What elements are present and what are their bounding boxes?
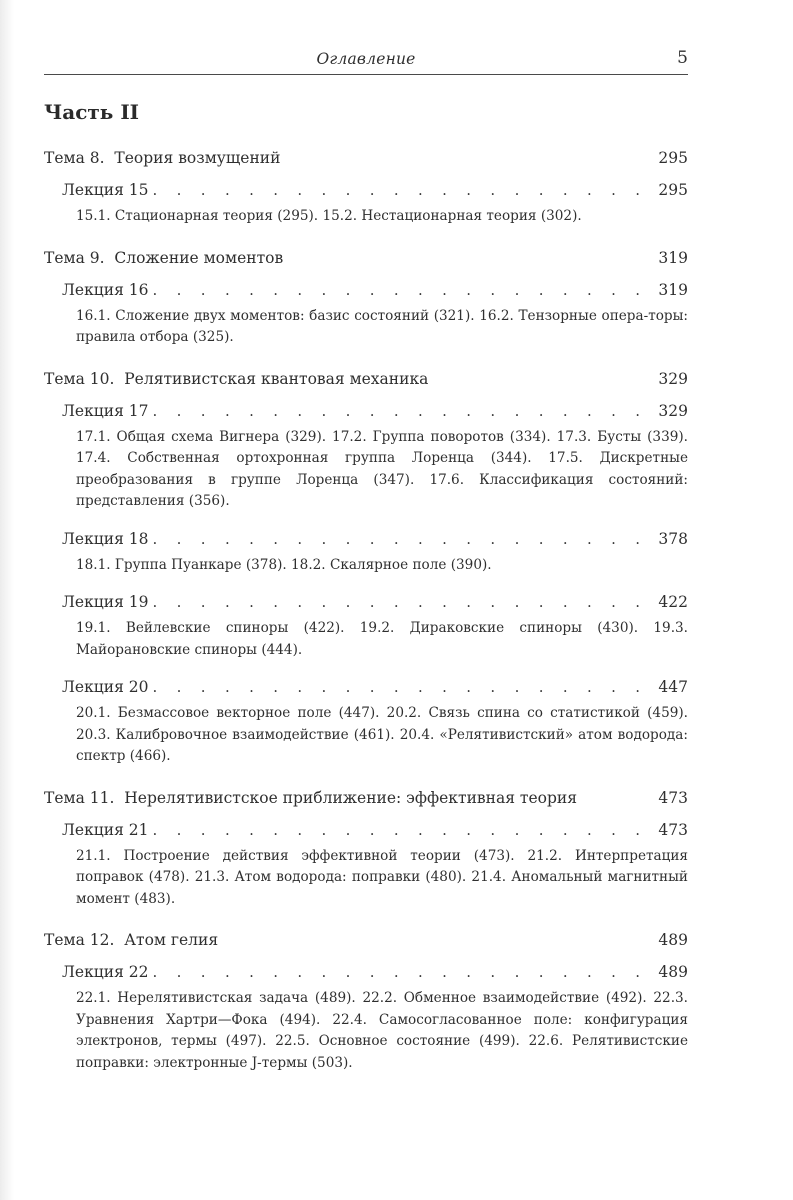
dot-leader	[153, 176, 658, 204]
lecture-page: 329	[658, 397, 688, 425]
topic-label: Тема 11.	[44, 784, 114, 812]
topic-title: Атом гелия	[124, 926, 658, 954]
topic-heading[interactable]: Тема 10. Релятивистская квантовая механи…	[44, 365, 688, 393]
running-header: Оглавление 5	[44, 46, 688, 75]
toc-lecture: Лекция 15 295 15.1. Стационарная теория …	[62, 176, 688, 228]
toc-lecture: Лекция 22 489 22.1. Нерелятивистская зад…	[62, 958, 688, 1074]
topic-label: Тема 12.	[44, 926, 114, 954]
dot-leader	[153, 816, 658, 844]
lecture-sections: 21.1. Построение действия эффективной те…	[76, 844, 688, 911]
topic-label: Тема 8.	[44, 144, 105, 172]
dot-leader	[153, 276, 658, 304]
topic-heading[interactable]: Тема 9. Сложение моментов 319	[44, 244, 688, 272]
lecture-sections: 17.1. Общая схема Вигнера (329). 17.2. Г…	[76, 425, 688, 513]
lecture-sections: 18.1. Группа Пуанкаре (378). 18.2. Скаля…	[76, 553, 688, 577]
dot-leader	[153, 673, 658, 701]
page-number: 5	[677, 48, 688, 68]
part-title: Часть II	[44, 100, 139, 124]
lecture-heading[interactable]: Лекция 20 447	[62, 673, 688, 701]
dot-leader	[153, 588, 658, 616]
toc-lecture: Лекция 20 447 20.1. Безмассовое векторно…	[62, 673, 688, 768]
toc-topic: Тема 11. Нерелятивистское приближение: э…	[44, 784, 688, 911]
dot-leader	[153, 525, 658, 553]
toc-lecture: Лекция 17 329 17.1. Общая схема Вигнера …	[62, 397, 688, 513]
lecture-name: Лекция 21	[62, 816, 153, 844]
lecture-page: 319	[658, 276, 688, 304]
topic-heading[interactable]: Тема 8. Теория возмущений 295	[44, 144, 688, 172]
lecture-name: Лекция 19	[62, 588, 153, 616]
topic-title: Теория возмущений	[114, 144, 658, 172]
topic-page: 295	[658, 144, 688, 172]
lecture-heading[interactable]: Лекция 22 489	[62, 958, 688, 986]
lecture-heading[interactable]: Лекция 17 329	[62, 397, 688, 425]
lecture-sections: 22.1. Нерелятивистская задача (489). 22.…	[76, 986, 688, 1074]
topic-label: Тема 10.	[44, 365, 114, 393]
topic-heading[interactable]: Тема 11. Нерелятивистское приближение: э…	[44, 784, 688, 812]
lecture-sections: 15.1. Стационарная теория (295). 15.2. Н…	[76, 204, 688, 228]
lecture-name: Лекция 16	[62, 276, 153, 304]
lecture-name: Лекция 18	[62, 525, 153, 553]
lecture-name: Лекция 15	[62, 176, 153, 204]
topic-title: Сложение моментов	[114, 244, 658, 272]
lecture-heading[interactable]: Лекция 18 378	[62, 525, 688, 553]
topic-title: Нерелятивистское приближение: эффективна…	[124, 784, 658, 812]
lecture-name: Лекция 22	[62, 958, 153, 986]
lecture-name: Лекция 17	[62, 397, 153, 425]
toc-lecture: Лекция 21 473 21.1. Построение действия …	[62, 816, 688, 911]
lecture-page: 422	[658, 588, 688, 616]
topic-page: 319	[658, 244, 688, 272]
lecture-heading[interactable]: Лекция 21 473	[62, 816, 688, 844]
dot-leader	[153, 958, 658, 986]
lecture-page: 295	[658, 176, 688, 204]
topic-page: 329	[658, 365, 688, 393]
toc-lecture: Лекция 16 319 16.1. Сложение двух момент…	[62, 276, 688, 349]
table-of-contents: Тема 8. Теория возмущений 295 Лекция 15 …	[44, 144, 688, 1090]
lecture-sections: 19.1. Вейлевские спиноры (422). 19.2. Ди…	[76, 616, 688, 661]
lecture-page: 447	[658, 673, 688, 701]
lecture-page: 489	[658, 958, 688, 986]
toc-topic: Тема 12. Атом гелия 489 Лекция 22 489 22…	[44, 926, 688, 1074]
page-edge-shadow	[0, 0, 14, 1200]
dot-leader	[153, 397, 658, 425]
toc-lecture: Лекция 18 378 18.1. Группа Пуанкаре (378…	[62, 525, 688, 577]
lecture-sections: 20.1. Безмассовое векторное поле (447). …	[76, 701, 688, 768]
toc-topic: Тема 9. Сложение моментов 319 Лекция 16 …	[44, 244, 688, 349]
lecture-page: 378	[658, 525, 688, 553]
running-title: Оглавление	[44, 50, 688, 68]
lecture-page: 473	[658, 816, 688, 844]
topic-title: Релятивистская квантовая механика	[124, 365, 658, 393]
toc-topic: Тема 8. Теория возмущений 295 Лекция 15 …	[44, 144, 688, 228]
topic-page: 473	[658, 784, 688, 812]
lecture-heading[interactable]: Лекция 16 319	[62, 276, 688, 304]
topic-label: Тема 9.	[44, 244, 105, 272]
lecture-heading[interactable]: Лекция 15 295	[62, 176, 688, 204]
lecture-heading[interactable]: Лекция 19 422	[62, 588, 688, 616]
lecture-name: Лекция 20	[62, 673, 153, 701]
lecture-sections: 16.1. Сложение двух моментов: базис сост…	[76, 304, 688, 349]
toc-lecture: Лекция 19 422 19.1. Вейлевские спиноры (…	[62, 588, 688, 661]
topic-heading[interactable]: Тема 12. Атом гелия 489	[44, 926, 688, 954]
topic-page: 489	[658, 926, 688, 954]
toc-topic: Тема 10. Релятивистская квантовая механи…	[44, 365, 688, 768]
